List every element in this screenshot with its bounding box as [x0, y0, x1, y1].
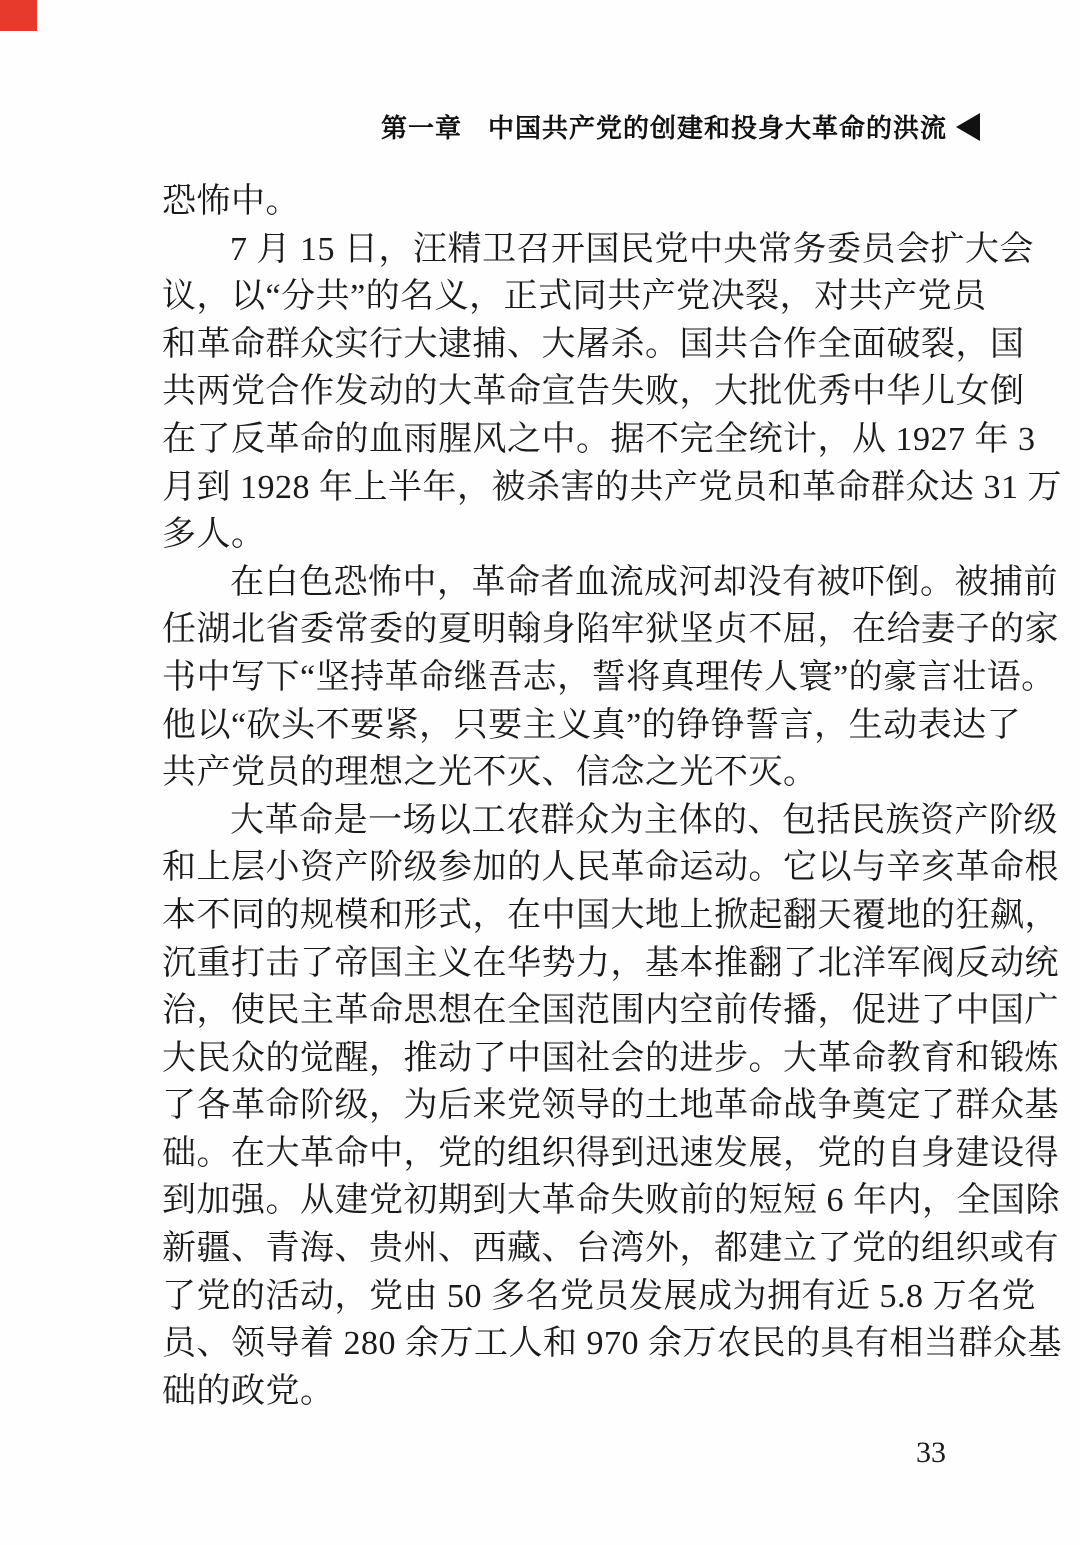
chapter-label: 第一章 [381, 108, 462, 145]
body-line: 月到 1928 年上半年，被杀害的共产党员和革命群众达 31 万 [162, 464, 959, 512]
body-line: 多人。 [162, 511, 959, 559]
body-line: 了党的活动，党由 50 多名党员发展成为拥有近 5.8 万名党 [162, 1273, 959, 1321]
page-number: 33 [916, 1436, 946, 1470]
body-line: 恐怖中。 [162, 178, 959, 226]
body-line: 和上层小资产阶级参加的人民革命运动。它以与辛亥革命根 [162, 844, 959, 892]
running-header: 第一章 中国共产党的创建和投身大革命的洪流 [381, 108, 980, 145]
body-line: 治，使民主革命思想在全国范围内空前传播，促进了中国广 [162, 987, 959, 1035]
body-line: 本不同的规模和形式，在中国大地上掀起翻天覆地的狂飙， [162, 892, 959, 940]
body-line: 员、领导着 280 余万工人和 970 余万农民的具有相当群众基 [162, 1320, 959, 1368]
body-line: 共产党员的理想之光不灭、信念之光不灭。 [162, 749, 959, 797]
body-line: 新疆、青海、贵州、西藏、台湾外，都建立了党的组织或有 [162, 1225, 959, 1273]
body-text: 恐怖中。 7 月 15 日，汪精卫召开国民党中央常务委员会扩大会 议，以“分共”… [162, 178, 959, 1415]
body-line: 议，以“分共”的名义，正式同共产党决裂，对共产党员 [162, 273, 959, 321]
scan-corner-mark [0, 0, 37, 31]
body-line: 在白色恐怖中，革命者血流成河却没有被吓倒。被捕前 [162, 559, 959, 607]
body-line: 大革命是一场以工农群众为主体的、包括民族资产阶级 [162, 797, 959, 845]
body-line: 大民众的觉醒，推动了中国社会的进步。大革命教育和锻炼 [162, 1035, 959, 1083]
body-line: 7 月 15 日，汪精卫召开国民党中央常务委员会扩大会 [162, 226, 959, 274]
book-page: 第一章 中国共产党的创建和投身大革命的洪流 恐怖中。 7 月 15 日，汪精卫召… [0, 0, 1080, 1545]
body-line: 他以“砍头不要紧，只要主义真”的铮铮誓言，生动表达了 [162, 702, 959, 750]
body-line: 沉重打击了帝国主义在华势力，基本推翻了北洋军阀反动统 [162, 940, 959, 988]
body-line: 在了反革命的血雨腥风之中。据不完全统计，从 1927 年 3 [162, 416, 959, 464]
left-triangle-icon [956, 113, 980, 141]
body-line: 础。在大革命中，党的组织得到迅速发展，党的自身建设得 [162, 1130, 959, 1178]
body-line: 础的政党。 [162, 1368, 959, 1416]
chapter-title: 中国共产党的创建和投身大革命的洪流 [488, 108, 947, 145]
body-line: 共两党合作发动的大革命宣告失败，大批优秀中华儿女倒 [162, 368, 959, 416]
body-line: 任湖北省委常委的夏明翰身陷牢狱坚贞不屈，在给妻子的家 [162, 606, 959, 654]
body-line: 到加强。从建党初期到大革命失败前的短短 6 年内，全国除 [162, 1177, 959, 1225]
body-line: 了各革命阶级，为后来党领导的土地革命战争奠定了群众基 [162, 1082, 959, 1130]
body-line: 书中写下“坚持革命继吾志，誓将真理传人寰”的豪言壮语。 [162, 654, 959, 702]
body-line: 和革命群众实行大逮捕、大屠杀。国共合作全面破裂，国 [162, 321, 959, 369]
